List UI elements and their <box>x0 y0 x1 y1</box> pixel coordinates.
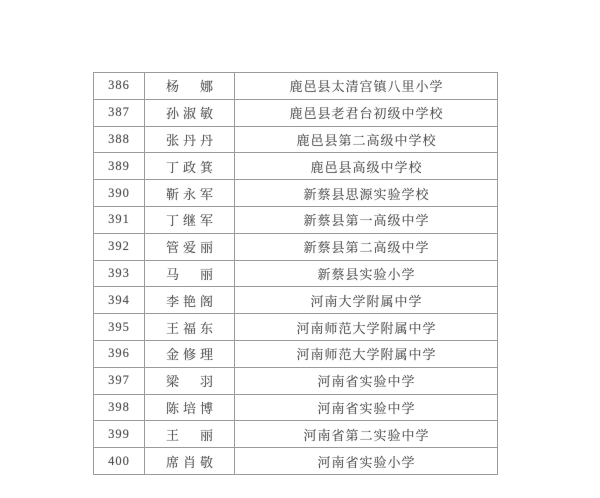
table-row: 388 张丹丹 鹿邑县第二高级中学校 <box>94 126 498 153</box>
school-cell: 河南省实验中学 <box>235 394 498 421</box>
name-cell: 梁 羽 <box>145 367 235 394</box>
name-cell: 金修理 <box>145 340 235 367</box>
row-number-cell: 394 <box>94 287 145 314</box>
table-row: 395 王福东 河南师范大学附属中学 <box>94 314 498 341</box>
table-row: 396 金修理 河南师范大学附属中学 <box>94 340 498 367</box>
table-row: 393 马 丽 新蔡县实验小学 <box>94 260 498 287</box>
table-row: 389 丁政箕 鹿邑县高级中学校 <box>94 153 498 180</box>
name-cell: 陈培博 <box>145 394 235 421</box>
table-row: 400 席肖敬 河南省实验小学 <box>94 448 498 475</box>
row-number-cell: 392 <box>94 233 145 260</box>
school-cell: 鹿邑县老君台初级中学校 <box>235 99 498 126</box>
school-cell: 河南大学附属中学 <box>235 287 498 314</box>
name-cell: 丁政箕 <box>145 153 235 180</box>
school-cell: 鹿邑县第二高级中学校 <box>235 126 498 153</box>
row-number-cell: 400 <box>94 448 145 475</box>
name-cell: 马 丽 <box>145 260 235 287</box>
row-number-cell: 398 <box>94 394 145 421</box>
scanned-page: 386 杨 娜 鹿邑县太清宫镇八里小学 387 孙淑敏 鹿邑县老君台初级中学校 … <box>0 0 600 498</box>
table-row: 391 丁继军 新蔡县第一高级中学 <box>94 206 498 233</box>
name-cell: 孙淑敏 <box>145 99 235 126</box>
row-number-cell: 399 <box>94 421 145 448</box>
school-cell: 新蔡县第一高级中学 <box>235 206 498 233</box>
name-cell: 管爱丽 <box>145 233 235 260</box>
name-cell: 王 丽 <box>145 421 235 448</box>
school-cell: 河南师范大学附属中学 <box>235 340 498 367</box>
name-cell: 丁继军 <box>145 206 235 233</box>
school-cell: 新蔡县第二高级中学 <box>235 233 498 260</box>
name-cell: 杨 娜 <box>145 73 235 100</box>
table-row: 390 靳永军 新蔡县思源实验学校 <box>94 180 498 207</box>
row-number-cell: 387 <box>94 99 145 126</box>
table-row: 397 梁 羽 河南省实验中学 <box>94 367 498 394</box>
table-row: 399 王 丽 河南省第二实验中学 <box>94 421 498 448</box>
school-cell: 新蔡县实验小学 <box>235 260 498 287</box>
table-row: 387 孙淑敏 鹿邑县老君台初级中学校 <box>94 99 498 126</box>
row-number-cell: 395 <box>94 314 145 341</box>
school-cell: 河南省第二实验中学 <box>235 421 498 448</box>
school-cell: 新蔡县思源实验学校 <box>235 180 498 207</box>
row-number-cell: 397 <box>94 367 145 394</box>
school-cell: 河南师范大学附属中学 <box>235 314 498 341</box>
row-number-cell: 393 <box>94 260 145 287</box>
row-number-cell: 388 <box>94 126 145 153</box>
row-number-cell: 391 <box>94 206 145 233</box>
school-cell: 河南省实验小学 <box>235 448 498 475</box>
roster-table: 386 杨 娜 鹿邑县太清宫镇八里小学 387 孙淑敏 鹿邑县老君台初级中学校 … <box>93 72 498 475</box>
table-row: 398 陈培博 河南省实验中学 <box>94 394 498 421</box>
school-cell: 鹿邑县高级中学校 <box>235 153 498 180</box>
row-number-cell: 396 <box>94 340 145 367</box>
row-number-cell: 390 <box>94 180 145 207</box>
school-cell: 鹿邑县太清宫镇八里小学 <box>235 73 498 100</box>
name-cell: 张丹丹 <box>145 126 235 153</box>
name-cell: 王福东 <box>145 314 235 341</box>
table-row: 392 管爱丽 新蔡县第二高级中学 <box>94 233 498 260</box>
table-row: 386 杨 娜 鹿邑县太清宫镇八里小学 <box>94 73 498 100</box>
school-cell: 河南省实验中学 <box>235 367 498 394</box>
row-number-cell: 389 <box>94 153 145 180</box>
row-number-cell: 386 <box>94 73 145 100</box>
table-row: 394 李艳阁 河南大学附属中学 <box>94 287 498 314</box>
name-cell: 靳永军 <box>145 180 235 207</box>
name-cell: 李艳阁 <box>145 287 235 314</box>
name-cell: 席肖敬 <box>145 448 235 475</box>
